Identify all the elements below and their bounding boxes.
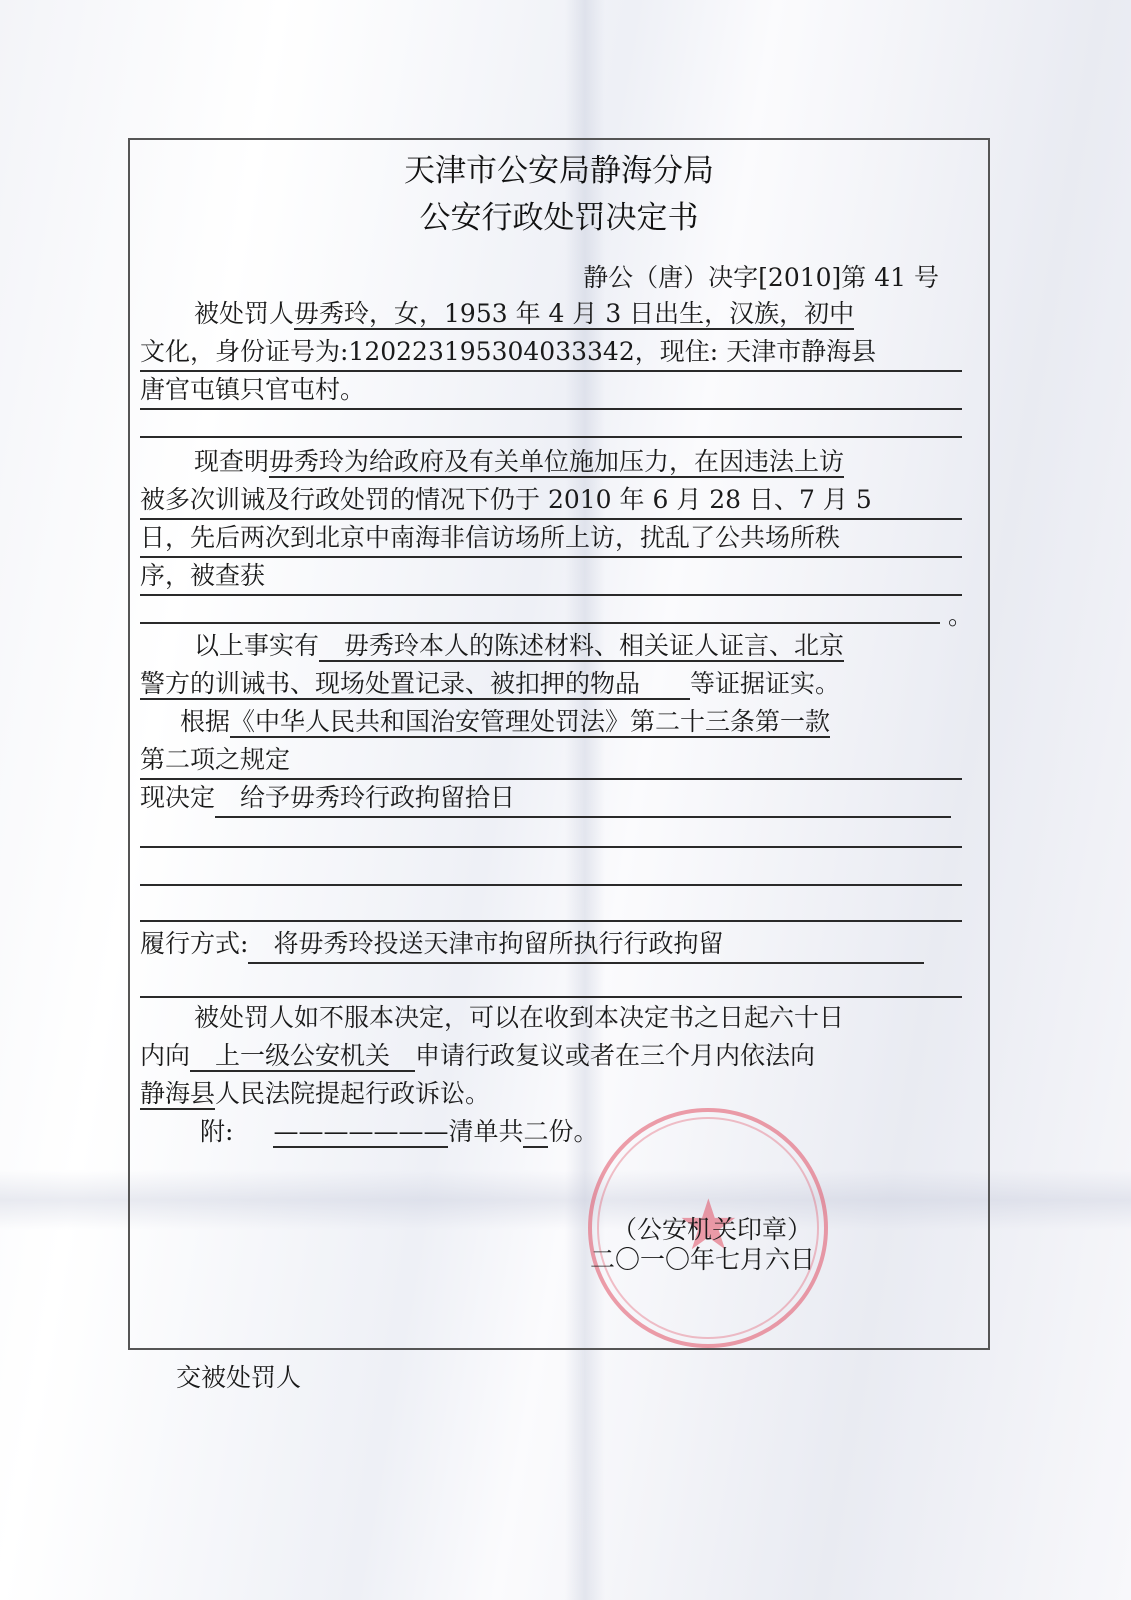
facts-line-1: 现查明毋秀玲为给政府及有关单位施加压力，在因违法上访 (140, 444, 1016, 480)
person-info: 毋秀玲，女，1953 年 4 月 3 日出生，汉族，初中 (294, 299, 854, 330)
attachment-line: 附:———————清单共二份。 (140, 1114, 1022, 1150)
basis-label: 根据 (180, 707, 230, 736)
attachment-label: 附: (200, 1117, 233, 1146)
decision-label: 现决定 (140, 783, 215, 812)
facts-line-3: 日，先后两次到北京中南海非信访场所上访，扰乱了公共场所秩 (140, 520, 962, 556)
facts-text: 序，被查获 (140, 558, 962, 596)
facts-line-2: 被多次训诫及行政处罚的情况下仍于 2010 年 6 月 28 日、7 月 5 (140, 482, 962, 518)
appeal-line-2: 内向 上一级公安机关 申请行政复议或者在三个月内依法向 (140, 1038, 962, 1074)
list-unit: 份。 (548, 1117, 598, 1146)
basis-line-2: 第二项之规定 (140, 742, 962, 778)
issue-date: 二〇一〇年七月六日 (590, 1240, 815, 1276)
execution-line: 履行方式: 将毋秀玲投送天津市拘留所执行行政拘留 (140, 926, 962, 962)
evidence-text: 毋秀玲本人的陈述材料、相关证人证言、北京 (319, 631, 844, 662)
decision-value: 给予毋秀玲行政拘留拾日 (215, 780, 951, 818)
list-count: 二 (523, 1117, 548, 1148)
person-label: 被处罚人 (194, 299, 294, 328)
basis-law: 《中华人民共和国治安管理处罚法》第二十三条第一款 (230, 707, 830, 738)
document-number: 静公（唐）决字[2010]第 41 号 (583, 258, 939, 294)
facts-line-4: 序，被查获 (140, 558, 962, 594)
appeal-court-county: 静海县 (140, 1079, 215, 1110)
attachment-blank: ——————— (273, 1117, 448, 1148)
appeal-text: 申请行政复议或者在三个月内依法向 (415, 1041, 815, 1070)
evidence-suffix: 等证据证实。 (690, 669, 840, 698)
appeal-line-1: 被处罚人如不服本决定，可以在收到本决定书之日起六十日 (140, 1000, 1016, 1036)
appeal-agency: 上一级公安机关 (190, 1041, 415, 1072)
appeal-text: 人民法院提起行政诉讼。 (215, 1079, 490, 1108)
facts-text: 毋秀玲为给政府及有关单位施加压力，在因违法上访 (269, 447, 844, 478)
footer-note: 交被处罚人 (176, 1358, 301, 1394)
blank-rule (140, 622, 940, 624)
blank-rule (140, 996, 962, 998)
decision-line: 现决定 给予毋秀玲行政拘留拾日 (140, 780, 962, 816)
evidence-line-2: 警方的训诫书、现场处置记录、被扣押的物品 等证据证实。 (140, 666, 962, 702)
basis-law-cont: 第二项之规定 (140, 742, 962, 780)
execution-label: 履行方式: (140, 929, 248, 958)
facts-label: 现查明 (194, 447, 269, 476)
person-address-cont: 唐官屯镇只官屯村。 (140, 372, 962, 410)
basis-line-1: 根据《中华人民共和国治安管理处罚法》第二十三条第一款 (140, 704, 1002, 740)
blank-rule (140, 884, 962, 886)
person-line-3: 唐官屯镇只官屯村。 (140, 372, 962, 408)
agency-title: 天津市公安局静海分局 (128, 145, 990, 190)
blank-rule (140, 846, 962, 848)
evidence-label: 以上事实有 (194, 631, 319, 660)
person-id-address: 文化，身份证号为:120223195304033342，现住: 天津市静海县 (140, 334, 962, 372)
evidence-text: 警方的训诫书、现场处置记录、被扣押的物品 (140, 669, 690, 700)
blank-rule (140, 436, 962, 438)
blank-rule (140, 920, 962, 922)
appeal-label: 内向 (140, 1041, 190, 1070)
appeal-line-3: 静海县人民法院提起行政诉讼。 (140, 1076, 962, 1112)
person-line-1: 被处罚人毋秀玲，女，1953 年 4 月 3 日出生，汉族，初中 (140, 296, 1016, 332)
person-line-2: 文化，身份证号为:120223195304033342，现住: 天津市静海县 (140, 334, 962, 370)
facts-text: 被多次训诫及行政处罚的情况下仍于 2010 年 6 月 28 日、7 月 5 (140, 482, 962, 520)
facts-text: 日，先后两次到北京中南海非信访场所上访，扰乱了公共场所秩 (140, 520, 962, 558)
evidence-line-1: 以上事实有 毋秀玲本人的陈述材料、相关证人证言、北京 (140, 628, 1016, 664)
document-title: 公安行政处罚决定书 (128, 192, 990, 237)
execution-value: 将毋秀玲投送天津市拘留所执行行政拘留 (248, 926, 924, 964)
list-label: 清单共 (448, 1117, 523, 1146)
